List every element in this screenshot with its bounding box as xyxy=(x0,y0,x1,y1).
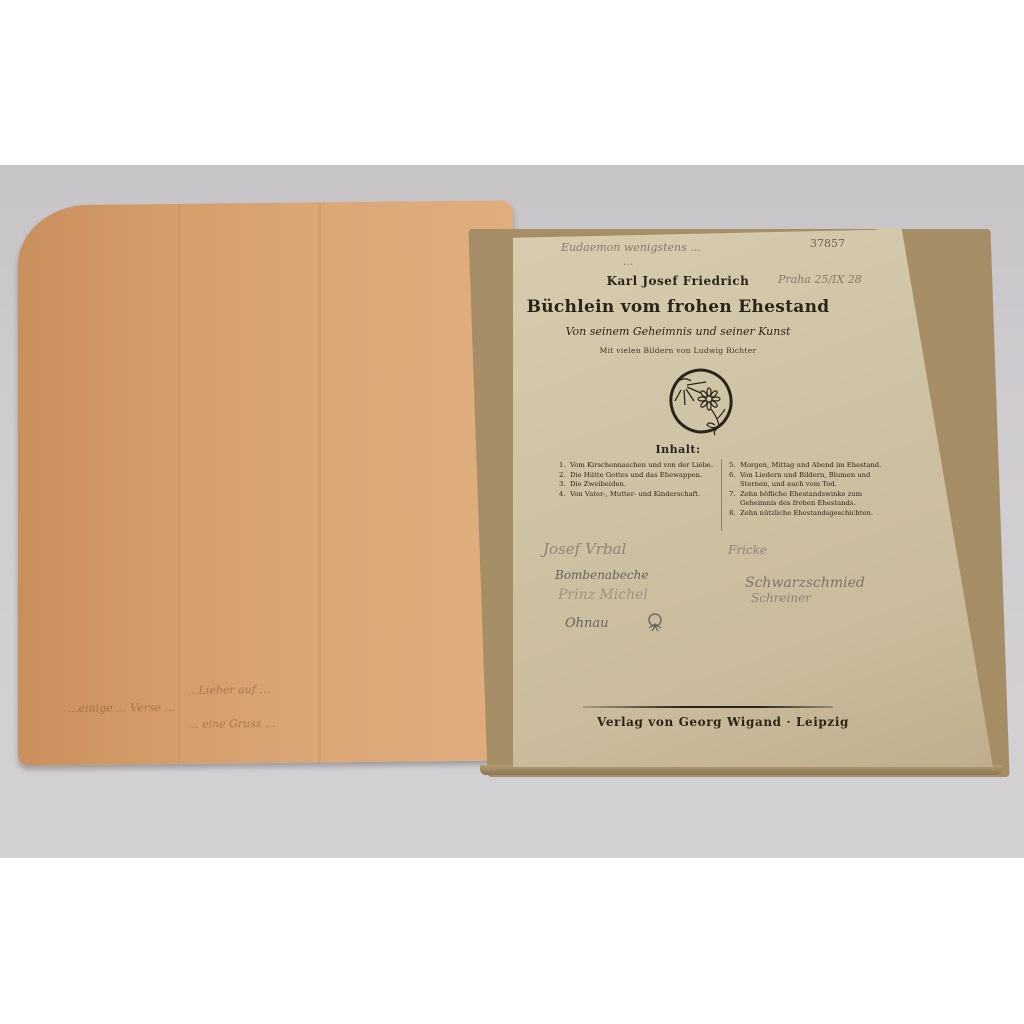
contents-item: 3.Die Zweibeiden. xyxy=(559,480,719,490)
signature: Bombenabeche xyxy=(555,568,648,582)
contents-item: 2.Die Hütte Gottes und das Ehewappen. xyxy=(559,471,719,481)
contents-item: 5.Morgen, Mittag und Abend im Ehestand. xyxy=(729,461,889,471)
book-title: Büchlein vom frohen Ehestand xyxy=(513,297,843,317)
catalog-number: 37857 xyxy=(810,237,845,250)
contents-item: 4.Von Vater-, Mutter- und Kinderschaft. xyxy=(559,490,719,500)
publisher: Verlag von Georg Wigand · Leipzig xyxy=(513,715,933,729)
contents-list-right: 5.Morgen, Mittag und Abend im Ehestand. … xyxy=(729,461,889,519)
divider-rule xyxy=(583,706,833,708)
cover-scrawl: ... eine Gruss ... xyxy=(188,717,276,731)
sun-flower-emblem-icon xyxy=(661,365,741,437)
signature: Ohnau xyxy=(565,616,609,631)
contents-divider xyxy=(721,459,722,531)
signature: Prinz Michel xyxy=(558,587,648,603)
book-subtitle: Von seinem Geheimnis und seiner Kunst xyxy=(513,325,843,338)
contents-item: 7.Zehn höfliche Ehestandswinke zum Gehei… xyxy=(729,490,889,509)
book-cover-inside: ...Lieber auf ... ...einige ... Verse ..… xyxy=(18,200,513,765)
signature: Josef Vrbal xyxy=(543,540,626,558)
stamp-icon xyxy=(644,611,666,633)
cover-scrawl: ...einige ... Verse ... xyxy=(68,701,175,715)
contents-item: 6.Von Liedern und Bildern, Blumen und St… xyxy=(729,471,889,490)
contents-item: 1.Vom Kirschennaschen und von der Liebe. xyxy=(559,461,719,471)
contents-list-left: 1.Vom Kirschennaschen und von der Liebe.… xyxy=(559,461,719,499)
signature: Schreiner xyxy=(751,591,811,605)
signature: Fricke xyxy=(728,543,767,557)
author: Karl Josef Friedrich xyxy=(513,274,843,288)
signature: Schwarzschmied xyxy=(745,575,865,591)
handwritten-inscription: ... xyxy=(623,255,634,268)
handwritten-inscription: Eudaemon wenigstens ... xyxy=(561,241,701,254)
contents-heading: Inhalt: xyxy=(513,443,843,456)
contents-item: 8.Zehn nützliche Ehestandsgeschichten. xyxy=(729,509,889,519)
illustrations-note: Mit vielen Bildern von Ludwig Richter xyxy=(513,346,843,355)
book-photo: ...Lieber auf ... ...einige ... Verse ..… xyxy=(0,165,1024,858)
cover-scrawl: ...Lieber auf ... xyxy=(188,683,270,697)
